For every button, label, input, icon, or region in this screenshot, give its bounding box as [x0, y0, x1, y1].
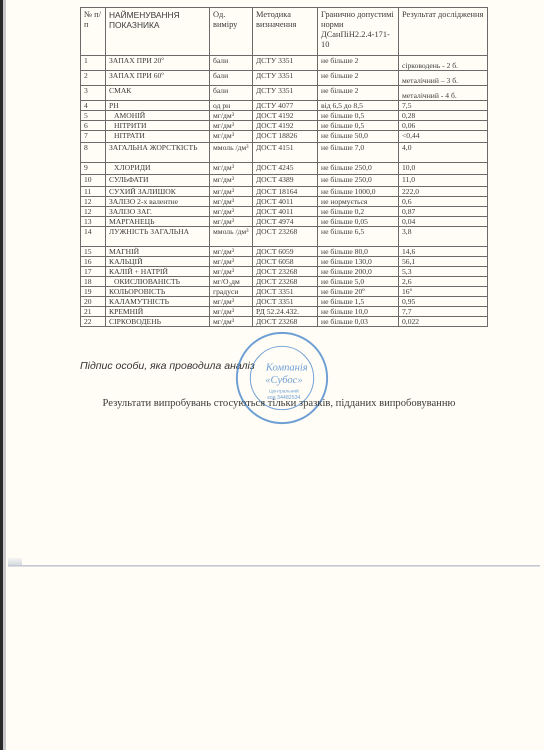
row-result: 0,6 — [399, 197, 488, 207]
row-result: 222,0 — [399, 187, 488, 197]
row-result: металічний - 4 б. — [399, 86, 488, 101]
table-row: 18ОКИСЛЮВАНІСТЬмг/О₂дмДОСТ 23268не більш… — [81, 277, 488, 287]
table-row: 11СУХИЙ ЗАЛИШОКмг/дм³ДОСТ 18164не більше… — [81, 187, 488, 197]
row-name: НІТРАТИ — [106, 131, 210, 143]
row-result: 7,5 — [399, 101, 488, 111]
row-num: 6 — [81, 121, 106, 131]
row-name: СУХИЙ ЗАЛИШОК — [106, 187, 210, 197]
row-num: 12 — [81, 197, 106, 207]
row-unit: мг/дм³ — [210, 297, 253, 307]
table-row: 10СУЛЬФАТИмг/дм³ДОСТ 4389не більше 250,0… — [81, 175, 488, 187]
row-method: ДОСТ 4192 — [253, 121, 318, 131]
row-method: ДОСТ 4389 — [253, 175, 318, 187]
row-result: 0,87 — [399, 207, 488, 217]
row-unit: мг/дм³ — [210, 267, 253, 277]
row-result: 16º — [399, 287, 488, 297]
row-result: 10,0 — [399, 163, 488, 175]
row-num: 7 — [81, 131, 106, 143]
row-num: 14 — [81, 227, 106, 247]
row-result: <0,44 — [399, 131, 488, 143]
row-num: 5 — [81, 111, 106, 121]
row-norm: не більше 0,2 — [318, 207, 399, 217]
row-unit: ммоль /дм³ — [210, 143, 253, 163]
row-name: ЛУЖНІСТЬ ЗАГАЛЬНА — [106, 227, 210, 247]
results-table: № п/п НАЙМЕНУВАННЯ ПОКАЗНИКА Од. виміру … — [80, 7, 488, 327]
table-row: 20КАЛАМУТНІСТЬмг/дм³ДОСТ 3351не більше 1… — [81, 297, 488, 307]
row-name: СІРКОВОДЕНЬ — [106, 317, 210, 327]
row-num: 18 — [81, 277, 106, 287]
table-row: 4PHод рнДСТУ 4077від 6,5 до 8,57,5 — [81, 101, 488, 111]
row-norm: від 6,5 до 8,5 — [318, 101, 399, 111]
row-norm: не більше 0,5 — [318, 111, 399, 121]
row-unit: мг/дм³ — [210, 111, 253, 121]
row-method: ДОСТ 4151 — [253, 143, 318, 163]
row-unit: бали — [210, 86, 253, 101]
row-norm: не більше 250,0 — [318, 163, 399, 175]
row-num: 16 — [81, 257, 106, 267]
row-name: ХЛОРИДИ — [106, 163, 210, 175]
row-num: 15 — [81, 247, 106, 257]
table-row: 9ХЛОРИДИмг/дм³ДОСТ 4245не більше 250,010… — [81, 163, 488, 175]
header-norm: Гранично допустимі норми ДСанПіН2.2.4-17… — [318, 8, 399, 56]
row-unit: мг/дм³ — [210, 121, 253, 131]
row-norm: не більше 2 — [318, 71, 399, 86]
row-name: ЗАЛІЗО 2-х валентне — [106, 197, 210, 207]
row-result: 3,8 — [399, 227, 488, 247]
row-norm: не більше 0,05 — [318, 217, 399, 227]
row-num: 11 — [81, 187, 106, 197]
table-row: 7НІТРАТИмг/дм³ДОСТ 18826не більше 50,0<0… — [81, 131, 488, 143]
row-result: 0,06 — [399, 121, 488, 131]
row-num: 22 — [81, 317, 106, 327]
disclaimer-text: Результати випробувань стосуються тільки… — [0, 398, 544, 409]
row-name: КАЛІЙ + НАТРІЙ — [106, 267, 210, 277]
table-row: 16КАЛЬЦІЙмг/дм³ДОСТ 6058не більше 130,05… — [81, 257, 488, 267]
header-unit: Од. виміру — [210, 8, 253, 56]
stamp-seal-icon: Компанія «Субос» Центральний код 3448253… — [234, 330, 330, 426]
row-result: металічний – 3 б. — [399, 71, 488, 86]
row-norm: не більше 130,0 — [318, 257, 399, 267]
row-method: ДОСТ 18826 — [253, 131, 318, 143]
row-name: СМАК — [106, 86, 210, 101]
header-name: НАЙМЕНУВАННЯ ПОКАЗНИКА — [106, 8, 210, 56]
row-result: 0,022 — [399, 317, 488, 327]
row-unit: мг/дм³ — [210, 217, 253, 227]
row-num: 12 — [81, 207, 106, 217]
row-unit: мг/дм³ — [210, 187, 253, 197]
row-unit: мг/О₂дм — [210, 277, 253, 287]
scan-edge-light — [3, 0, 6, 750]
row-name: КАЛАМУТНІСТЬ — [106, 297, 210, 307]
row-num: 9 — [81, 163, 106, 175]
stamp-line2: «Субос» — [265, 375, 302, 386]
row-num: 2 — [81, 71, 106, 86]
row-method: ДСТУ 3351 — [253, 86, 318, 101]
table-row: 19КОЛЬОРОВІСТЬградусиДОСТ 3351не більше … — [81, 287, 488, 297]
row-norm: не більше 80,0 — [318, 247, 399, 257]
row-unit: мг/дм³ — [210, 307, 253, 317]
table-row: 12ЗАЛІЗО ЗАГ.мг/дм³ДОСТ 4011не більше 0,… — [81, 207, 488, 217]
row-name: КРЕМНІЙ — [106, 307, 210, 317]
table-row: 12ЗАЛІЗО 2-х валентнемг/дм³ДОСТ 4011не н… — [81, 197, 488, 207]
table-header-row: № п/п НАЙМЕНУВАННЯ ПОКАЗНИКА Од. виміру … — [81, 8, 488, 56]
table-row: 2ЗАПАХ ПРИ 60ºбалиДСТУ 3351не більше 2ме… — [81, 71, 488, 86]
row-result: 5,3 — [399, 267, 488, 277]
row-name: АМОНІЙ — [106, 111, 210, 121]
header-num: № п/п — [81, 8, 106, 56]
row-num: 1 — [81, 56, 106, 71]
row-name: НІТРИТИ — [106, 121, 210, 131]
row-result: 0,04 — [399, 217, 488, 227]
row-norm: не більше 2 — [318, 56, 399, 71]
row-num: 10 — [81, 175, 106, 187]
row-norm: не більше 20º — [318, 287, 399, 297]
row-unit: мг/дм³ — [210, 207, 253, 217]
row-name: PH — [106, 101, 210, 111]
row-norm: не більше 0,03 — [318, 317, 399, 327]
row-method: ДОСТ 23268 — [253, 227, 318, 247]
row-norm: не більше 250,0 — [318, 175, 399, 187]
row-unit: мг/дм³ — [210, 257, 253, 267]
row-result: 0,28 — [399, 111, 488, 121]
row-norm: не більше 1,5 — [318, 297, 399, 307]
row-num: 4 — [81, 101, 106, 111]
row-result: 56,1 — [399, 257, 488, 267]
row-name: ЗАГАЛЬНА ЖОРСТКІСТЬ — [106, 143, 210, 163]
table-row: 6НІТРИТИмг/дм³ДОСТ 4192не більше 0,50,06 — [81, 121, 488, 131]
table-row: 8ЗАГАЛЬНА ЖОРСТКІСТЬммоль /дм³ДОСТ 4151н… — [81, 143, 488, 163]
row-result: сірководень - 2 б. — [399, 56, 488, 71]
row-result: 14,6 — [399, 247, 488, 257]
row-num: 13 — [81, 217, 106, 227]
table-row: 17КАЛІЙ + НАТРІЙмг/дм³ДОСТ 23268не більш… — [81, 267, 488, 277]
table-row: 3СМАКбалиДСТУ 3351не більше 2металічний … — [81, 86, 488, 101]
row-unit: градуси — [210, 287, 253, 297]
row-name: МАГНІЙ — [106, 247, 210, 257]
row-method: ДОСТ 4011 — [253, 197, 318, 207]
table-row: 1ЗАПАХ ПРИ 20ºбалиДСТУ 3351не більше 2сі… — [81, 56, 488, 71]
row-num: 17 — [81, 267, 106, 277]
row-unit: мг/дм³ — [210, 163, 253, 175]
row-name: СУЛЬФАТИ — [106, 175, 210, 187]
row-result: 2,6 — [399, 277, 488, 287]
header-result: Результат дослідження — [399, 8, 488, 56]
row-method: ДСТУ 3351 — [253, 56, 318, 71]
row-num: 20 — [81, 297, 106, 307]
row-norm: не нормується — [318, 197, 399, 207]
row-norm: не більше 1000,0 — [318, 187, 399, 197]
row-norm: не більше 6,5 — [318, 227, 399, 247]
row-result: 4,0 — [399, 143, 488, 163]
row-num: 3 — [81, 86, 106, 101]
row-unit: ммоль /дм³ — [210, 227, 253, 247]
row-norm: не більше 50,0 — [318, 131, 399, 143]
row-method: ДОСТ 4974 — [253, 217, 318, 227]
table-row: 22СІРКОВОДЕНЬмг/дм³ДОСТ 23268не більше 0… — [81, 317, 488, 327]
row-method: ДОСТ 23268 — [253, 317, 318, 327]
row-unit: мг/дм³ — [210, 317, 253, 327]
page-fold-shadow — [8, 565, 540, 567]
row-num: 8 — [81, 143, 106, 163]
row-result: 0,95 — [399, 297, 488, 307]
row-method: ДОСТ 3351 — [253, 297, 318, 307]
row-name: МАРГАНЕЦЬ — [106, 217, 210, 227]
table-row: 5АМОНІЙмг/дм³ДОСТ 4192не більше 0,50,28 — [81, 111, 488, 121]
row-method: ДСТУ 4077 — [253, 101, 318, 111]
row-method: ДСТУ 3351 — [253, 71, 318, 86]
row-norm: не більше 7,0 — [318, 143, 399, 163]
row-method: ДОСТ 23268 — [253, 267, 318, 277]
row-method: ДОСТ 6059 — [253, 247, 318, 257]
table-row: 13МАРГАНЕЦЬмг/дм³ДОСТ 4974не більше 0,05… — [81, 217, 488, 227]
stamp-line1: Компанія — [265, 362, 308, 373]
table-row: 14ЛУЖНІСТЬ ЗАГАЛЬНАммоль /дм³ДОСТ 23268н… — [81, 227, 488, 247]
row-unit: мг/дм³ — [210, 247, 253, 257]
row-method: ДОСТ 6058 — [253, 257, 318, 267]
row-unit: бали — [210, 56, 253, 71]
row-name: КАЛЬЦІЙ — [106, 257, 210, 267]
row-unit: мг/дм³ — [210, 175, 253, 187]
row-unit: мг/дм³ — [210, 131, 253, 143]
row-unit: мг/дм³ — [210, 197, 253, 207]
row-name: ЗАЛІЗО ЗАГ. — [106, 207, 210, 217]
stamp-line3: Центральний — [269, 387, 299, 394]
signature-label: Підпис особи, яка проводила аналіз — [80, 360, 255, 372]
row-method: ДОСТ 23268 — [253, 277, 318, 287]
row-num: 21 — [81, 307, 106, 317]
row-norm: не більше 10,0 — [318, 307, 399, 317]
row-method: ДОСТ 4245 — [253, 163, 318, 175]
row-name: ОКИСЛЮВАНІСТЬ — [106, 277, 210, 287]
header-method: Методика визначення — [253, 8, 318, 56]
table-row: 21КРЕМНІЙмг/дм³РД 52.24.432.не більше 10… — [81, 307, 488, 317]
row-norm: не більше 2 — [318, 86, 399, 101]
row-unit: бали — [210, 71, 253, 86]
row-name: ЗАПАХ ПРИ 20º — [106, 56, 210, 71]
row-method: РД 52.24.432. — [253, 307, 318, 317]
row-method: ДОСТ 3351 — [253, 287, 318, 297]
row-norm: не більше 200,0 — [318, 267, 399, 277]
row-name: ЗАПАХ ПРИ 60º — [106, 71, 210, 86]
table-row: 15МАГНІЙмг/дм³ДОСТ 6059не більше 80,014,… — [81, 247, 488, 257]
row-method: ДОСТ 4011 — [253, 207, 318, 217]
row-method: ДОСТ 18164 — [253, 187, 318, 197]
row-result: 11,0 — [399, 175, 488, 187]
row-unit: од рн — [210, 101, 253, 111]
row-result: 7,7 — [399, 307, 488, 317]
row-method: ДОСТ 4192 — [253, 111, 318, 121]
row-norm: не більше 0,5 — [318, 121, 399, 131]
row-norm: не більше 5,0 — [318, 277, 399, 287]
row-num: 19 — [81, 287, 106, 297]
row-name: КОЛЬОРОВІСТЬ — [106, 287, 210, 297]
